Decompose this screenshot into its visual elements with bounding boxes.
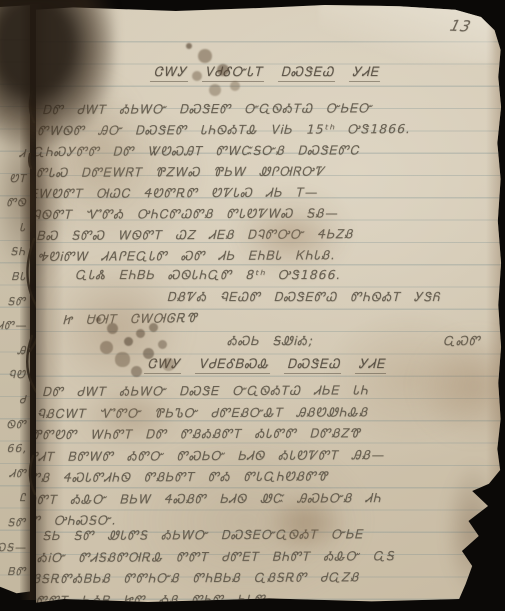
heading-word: ᏣᎳᎩ [150, 65, 192, 82]
gutter-shadow [36, 5, 66, 605]
handwritten-line: ᏄᏰᏟᎳᎢ ᏉᏛᏅ ᏈᏏᏖᏅ ᏧᏛᎬᏰᏅᎲᎢ ᎯᏰᏬᏪᏂᎲᏰ [36, 400, 492, 424]
attribution-title-right: ᏩᏍᏛ [442, 333, 484, 349]
torn-right-edge-shading [486, 5, 502, 605]
handwritten-line: ᎦᏏ ᎦᏛ ᏪᏓᏛᎦ ᎣᏏᎳᏅ ᎠᏍᏕᎬᏅᏩᏫᎣᎢ ᏅᏏᎬ [41, 523, 497, 547]
handwritten-line: ᏰᏏ ᎭᏬᎥᏛᎳ ᏗᎪᎵᎬᏩᏓᏛ ᏍᏛ ᏗᏏ ᎬᏂᏴᏓ ᏦᏂᏓᏰ. [5, 244, 461, 267]
photo-of-manuscript: { "colors":{"background":"#0b0907","pape… [0, 0, 505, 611]
heading-word: ᎩᏗᎬ [349, 65, 384, 82]
handwritten-line: ᎠᏛ ᏧᎳᎢ ᎣᏏᎳᏅ ᎠᏍᏕᎬ ᏅᏩᏫᎣᎢᏇ ᏗᏏᎬ ᏓᏂ [41, 379, 497, 403]
handwritten-line: ᏗᎬᎳᏬᏛᎢ ᎺᏇᏟ ᏎᏬᏛᎡᏛ ᏬᏤᏓᏍ ᏗᏏ Ꭲ— [20, 181, 476, 204]
handwritten-line: ᎠᏛ ᏧᎳᎢ ᎣᏏᎳᏅ ᎠᏍᏕᎬᏛ ᏅᏩᏫᎣᎢᏇ ᏅᏏᎬᏅ [41, 97, 497, 120]
handwritten-line: ᏓᎦᏂᏴᏍ ᎦᏛᏍ ᎳᏫᏛᎢ ᏇᏃ ᏗᎬᏰ ᎠᎸᏛᎤᏅ ᏎᏏᏃᏰ [10, 223, 466, 246]
handwritten-line: ᏛᏗᎢ ᏴᏛᎳᏛ ᎣᏛᏅ ᏛᏍᏏᏅ ᏏᏗᏫ ᎣᏓᏬᏤᏛᎢ ᎯᏰ— [25, 443, 481, 467]
heading-word: ᎩᏗᎬ [355, 357, 390, 374]
heading-word: ᎠᏍᏕᎬᏇ [277, 65, 338, 82]
section-heading-1: ᏣᎳᎩᏙᏧᎴᏅᏓᎢᎠᏍᏕᎬᏇᎩᏗᎬ [42, 65, 492, 82]
handwritten-line: ᏏᏛᏛᎢ ᏏᎣᏴ ᏥᏛ ᎣᏰ ᏛᏂᏛ ᏏᏓᏛ. [25, 587, 481, 611]
section-heading-2: ᏣᎳᎩᏙᏧᎬᎴᏴᏍᎲᎠᏍᏕᎬᏇᎩᏗᎬ [42, 357, 492, 374]
handwritten-line: ᏰᏛᏓᏍ ᎠᏛᎬᎳᏒᎢ ᏈᏃᎳᏍ ᏈᏏᎳ ᏪᎵᎺᏒᎤᏤ [25, 160, 481, 183]
handwritten-line: ᏗᎦᎸᏫᏛᎢ ᏉᏛᎣ ᎤᏂᏟᏛᏇᏛᏰ ᏛᏓᏬᏤᎳᏍ ᎦᏰ— [15, 202, 471, 225]
handwritten-line: ᏗᏛᏰ ᏎᏍᏓᏛᏗᏂᏫ ᏛᏰᏏᏛᎢ ᏛᎣ ᏛᏓᏩᏂᏬᏰᏛᏡ [20, 465, 476, 489]
paragraph-1: ᎠᏛ ᏧᎳᎢ ᎣᏏᎳᏅ ᎠᏍᏕᎬᏛ ᏅᏩᏫᎣᎢᏇ ᏅᏏᎬᏅᏛᎳᏫᏛ ᎯᏅ ᎠᏍᏕ… [5, 97, 497, 267]
handwritten-line: ᏈᏛᏬᏛ ᎳᏂᏛᎢ ᎠᏛ ᏛᏰᎣᏰᏛᎢ ᎣᏓᏛᏛ ᎠᏛᏰᏃᏡ [30, 422, 486, 446]
signature-name-line: Ꮵ ᏌᎺᎢ ᏣᎳᎺᎶᎡᏡ [62, 310, 201, 328]
attribution-line-1: ᎠᏰᏤᎣ ᏄᎬᏇᏛ ᎠᏍᏕᎬᏛᏇ ᏛᏂᏫᎣᎢ ᎩᏕᏲ [166, 289, 444, 305]
heading-word: ᎠᏍᏕᎬᏇ [284, 357, 345, 374]
heading-word: ᏙᏧᎬᎴᏴᏍᎲ [195, 357, 274, 374]
handwritten-line: ᎣᎥᏅ ᏛᏗᎦᏰᏛᎺᎡᎲ ᏛᏛᎢ ᏧᏛᎬᎢ ᏴᏂᏛᎢ ᎣᎲᏅ ᏩᎦ [36, 544, 492, 568]
paragraph-2: ᎠᏛ ᏧᎳᎢ ᎣᏏᎳᏅ ᎠᏍᏕᎬ ᏅᏩᏫᎣᎢᏇ ᏗᏏᎬ ᏓᏂᏄᏰᏟᎳᎢ ᏉᏛᏅ … [9, 379, 496, 532]
heading-word: ᏣᎳᎩ [144, 357, 186, 374]
handwritten-line: ᏛᎳᏫᏛ ᎯᏅ ᎠᏍᏕᎬᏛ ᏓᏂᏫᎣᎢᎲ ᏙᎥᏏ 15ᵗʰ ᎤᏕ1866. [36, 118, 492, 141]
paragraph-1-closing-date-line: ᏩᏓᏜ ᎬᏂᏴᏏ ᏍᏫᏓᏂᏩᏛ 8ᵗʰ ᎤᏕ1866. [74, 267, 343, 283]
heading-word: ᏙᏧᎴᏅᏓᎢ [202, 65, 268, 82]
handwritten-line: ᏰᎦᎡᏛᎣᏴᏏᏰ ᏛᏛᏂᏅᏰ ᏛᏂᏴᏏᏰ ᏩᏰᎦᎡᏛ ᏧᏩᏃᏰ [30, 566, 486, 590]
attribution-title-left: ᎣᏍᏏ ᎦᏪᎥᎣ; [226, 333, 316, 349]
manuscript-page: 13 ᏣᎳᎩᏙᏧᎴᏅᏓᎢᎠᏍᏕᎬᏇᎩᏗᎬ ᎠᏛ ᏧᎳᎢ ᎣᏏᎳᏅ ᎠᏍᏕᎬᏛ Ꮕ… [36, 5, 502, 605]
handwritten-line: ᏏᏇᏛᎢ ᎣᎲᏅ ᏴᏏᎳ ᏎᏍᏰᏛ ᏏᏗᏫ ᏪᏨ ᎯᏍᏏᏅᏰ ᏗᏂ [15, 486, 471, 510]
handwritten-line: ᏩᏂᏍᎩᏛᏛ ᎠᏛ ᏔᏬᏍᎯᎢ ᏛᎳᏨᎦᏅᏰ ᎠᏍᏕᎬᏛᏟ [31, 139, 487, 162]
paragraph-3: ᎦᏏ ᎦᏛ ᏪᏓᏛᎦ ᎣᏏᎳᏅ ᎠᏍᏕᎬᏅᏩᏫᎣᎢ ᏅᏏᎬᎣᎥᏅ ᏛᏗᎦᏰᏛᎺᎡ… [25, 523, 497, 611]
